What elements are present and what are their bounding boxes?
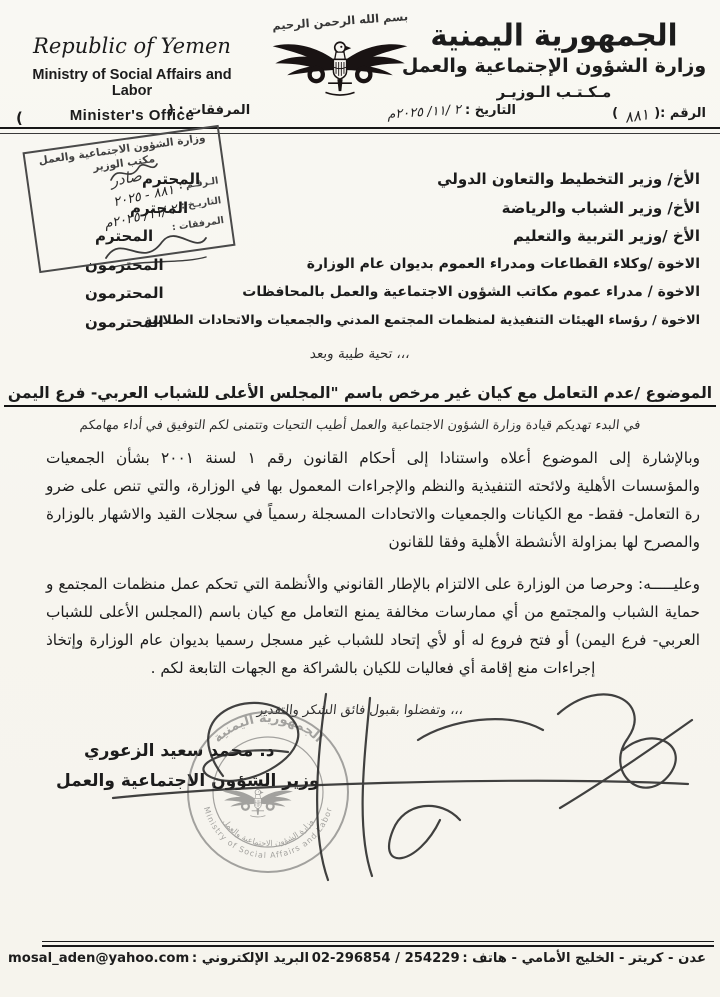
scanned-letter-page: Republic of Yemen Ministry of Social Aff… (0, 0, 720, 997)
ref-attachments-close-paren: ( (16, 109, 23, 127)
ref-date-label: التاريخ : (465, 103, 516, 118)
footer-divider-rule (42, 941, 714, 947)
ref-date-handwritten: ٢ /١١/ ٢٠٢٥م (386, 102, 461, 122)
body-paragraph-1: وبالإشارة إلى الموضوع أعلاه واستنادا إلى… (46, 444, 700, 556)
addressee-name: الأخ/ وزير الشباب والرياضة (502, 199, 700, 217)
addressee-name: الأخ /وزير التربية والتعليم (513, 227, 700, 245)
addressee-honorific: المحترم (130, 199, 188, 217)
office-name-ar: مـكـتـب الـوزيـر (398, 83, 710, 101)
body-paragraph-2: وعليـــــه: وحرصا من الوزارة على الالتزا… (46, 570, 700, 682)
addressee-row: الاخوة / رؤساء الهيئات التنفيذية لمنظمات… (0, 310, 720, 339)
addressee-honorific: المحترم (142, 170, 200, 188)
addressee-honorific: المحترم (95, 227, 153, 245)
bismillah-calligraphy: بسم الله الرحمن الرحيم (272, 9, 409, 32)
addressee-name: الاخوة / رؤساء الهيئات التنفيذية لمنظمات… (145, 313, 700, 328)
footer-email: mosal_aden@yahoo.com (8, 951, 189, 966)
addressee-list: الأخ/ وزير التخطيط والتعاون الدولي المحت… (0, 167, 720, 338)
opening-salutation: في البدء تهديكم قيادة وزارة الشؤون الاجت… (0, 418, 720, 433)
yemen-eagle-emblem-icon (265, 33, 415, 99)
ref-date: التاريخ : ٢ /١١/ ٢٠٢٥م (387, 103, 517, 129)
ref-attachments-label: المرفقات : ( (168, 103, 250, 118)
ministry-name-ar: وزارة الشؤون الإجتماعية والعمل (398, 55, 710, 77)
footer-email-label: البريد الإلكتروني : (192, 951, 309, 966)
ref-number: الرقم :(٨٨١) (612, 103, 706, 129)
footer-phone: 02-296854 / 254229 (312, 951, 460, 966)
addressee-row: الأخ/ وزير الشباب والرياضة المحترم (0, 196, 720, 225)
addressee-row: الأخ/ وزير التخطيط والتعاون الدولي المحت… (0, 167, 720, 196)
addressee-name: الاخوة / مدراء عموم مكاتب الشؤون الاجتما… (242, 284, 700, 300)
footer-address: عدن - كريتر - الخليج الأمامي - هاتف : (462, 951, 706, 966)
addressee-honorific: المحترمون (85, 313, 164, 331)
header-arabic: الجمهورية اليمنية وزارة الشؤون الإجتماعي… (398, 18, 710, 101)
addressee-honorific: المحترمون (85, 284, 164, 302)
ref-number-label: الرقم :( (654, 106, 706, 121)
addressee-honorific: المحترمون (85, 256, 164, 274)
country-name-ar: الجمهورية اليمنية (398, 17, 710, 52)
header-divider-rule (0, 127, 720, 134)
minister-handwritten-signature (88, 680, 706, 892)
country-name-en: Republic of Yemen (12, 34, 252, 58)
subject-line: الموضوع /عدم التعامل مع كيان غير مرخص با… (4, 384, 716, 407)
addressee-name: الأخ/ وزير التخطيط والتعاون الدولي (437, 170, 700, 188)
subject-line-wrap: الموضوع /عدم التعامل مع كيان غير مرخص با… (0, 383, 720, 407)
footer-contact-line: عدن - كريتر - الخليج الأمامي - هاتف : 02… (8, 951, 706, 966)
addressee-row: الأخ /وزير التربية والتعليم المحترم (0, 224, 720, 253)
ministry-name-en: Ministry of Social Affairs and Labor (12, 67, 252, 99)
greeting-line: تحية طيبة وبعد ،،، (0, 346, 720, 362)
addressee-row: الاخوة / مدراء عموم مكاتب الشؤون الاجتما… (0, 281, 720, 310)
addressee-name: الاخوة /وكلاء القطاعات ومدراء العموم بدي… (307, 256, 700, 272)
addressee-row: الاخوة /وكلاء القطاعات ومدراء العموم بدي… (0, 253, 720, 282)
ref-number-handwritten: ٨٨١ (617, 104, 656, 127)
